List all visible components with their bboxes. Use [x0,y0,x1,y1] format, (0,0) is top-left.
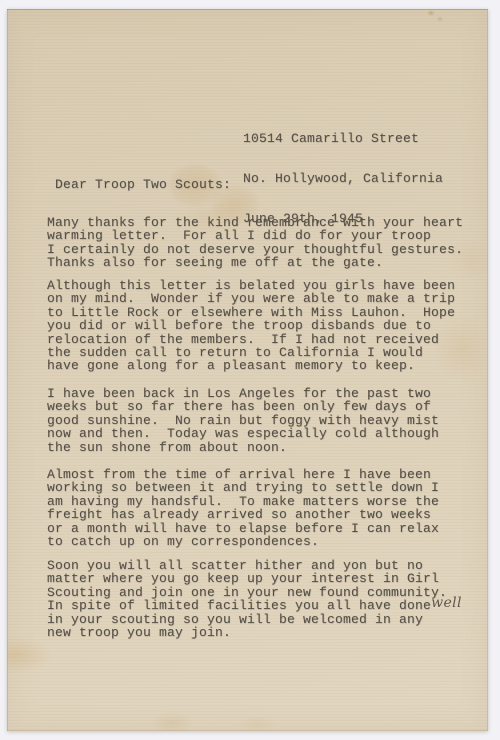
paragraph-5-text-before: Soon you will all scatter hither and yon… [47,558,447,613]
paragraph-1: Many thanks for the kind remembrance wit… [47,216,463,270]
paragraph-5: Soon you will all scatter hither and yon… [47,559,462,639]
paragraph-2: Although this letter is belated you girl… [47,279,455,373]
photo-background: 10514 Camarillo Street No. Hollywood, Ca… [0,0,500,740]
salutation: Dear Troop Two Scouts: [55,178,231,191]
address-line-city: No. Hollywood, California [243,172,443,185]
handwritten-annotation: well [431,595,462,611]
paragraph-4: Almost from the time of arrival here I h… [47,468,439,548]
paragraph-5-text-after: in your scouting so you will be welcomed… [47,612,423,640]
paragraph-3: I have been back in Los Angeles for the … [47,387,439,454]
address-line-street: 10514 Camarillo Street [243,132,443,145]
letter-paper: 10514 Camarillo Street No. Hollywood, Ca… [7,9,488,731]
